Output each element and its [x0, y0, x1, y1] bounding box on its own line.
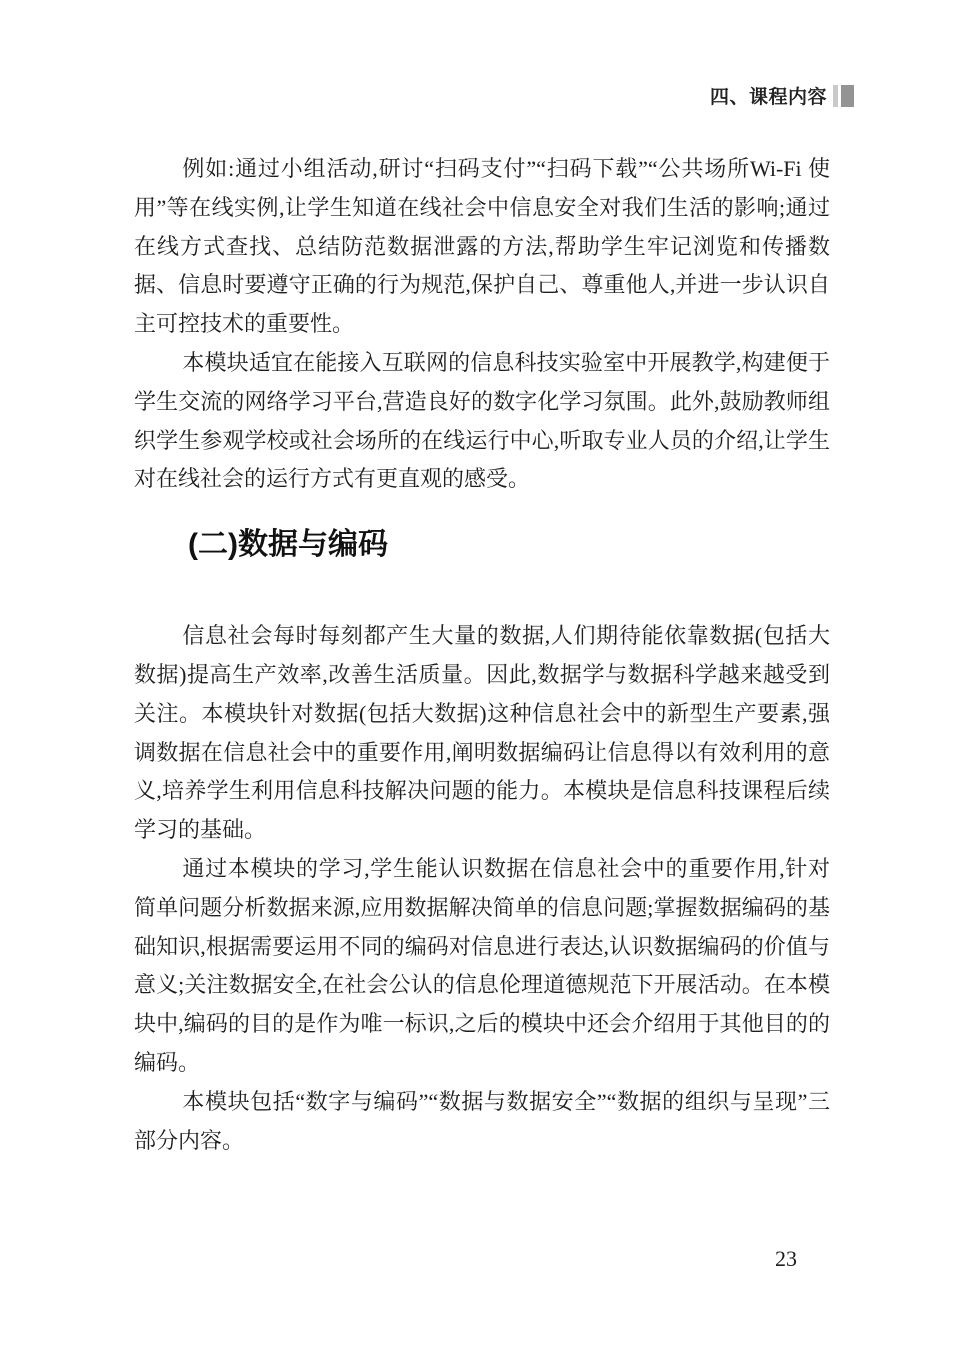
header-decoration-bar-thick: [841, 85, 854, 107]
header-decoration-bar-thin: [833, 85, 838, 107]
section-heading-data-and-coding: (二)数据与编码: [134, 528, 830, 562]
header-decoration: [833, 85, 854, 107]
paragraph-teaching-environment: 本模块适宜在能接入互联网的信息科技实验室中开展教学,构建便于学生交流的网络学习平…: [134, 344, 830, 499]
running-header: 四、课程内容: [0, 82, 854, 109]
text-block: 例如:通过小组活动,研讨“扫码支付”“扫码下载”“公共场所Wi-Fi 使用”等在…: [134, 150, 830, 1160]
page-number: 23: [775, 1246, 797, 1272]
document-page: 四、课程内容 例如:通过小组活动,研讨“扫码支付”“扫码下载”“公共场所Wi-F…: [0, 0, 966, 1365]
paragraph-module-learning-goals: 通过本模块的学习,学生能认识数据在信息社会中的重要作用,针对简单问题分析数据来源…: [134, 850, 830, 1083]
paragraph-module-parts: 本模块包括“数字与编码”“数据与数据安全”“数据的组织与呈现”三部分内容。: [134, 1083, 830, 1161]
paragraph-data-importance: 信息社会每时每刻都产生大量的数据,人们期待能依靠数据(包括大数据)提高生产效率,…: [134, 617, 830, 850]
running-header-title: 四、课程内容: [710, 82, 827, 109]
paragraph-example-activities: 例如:通过小组活动,研讨“扫码支付”“扫码下载”“公共场所Wi-Fi 使用”等在…: [134, 150, 830, 344]
